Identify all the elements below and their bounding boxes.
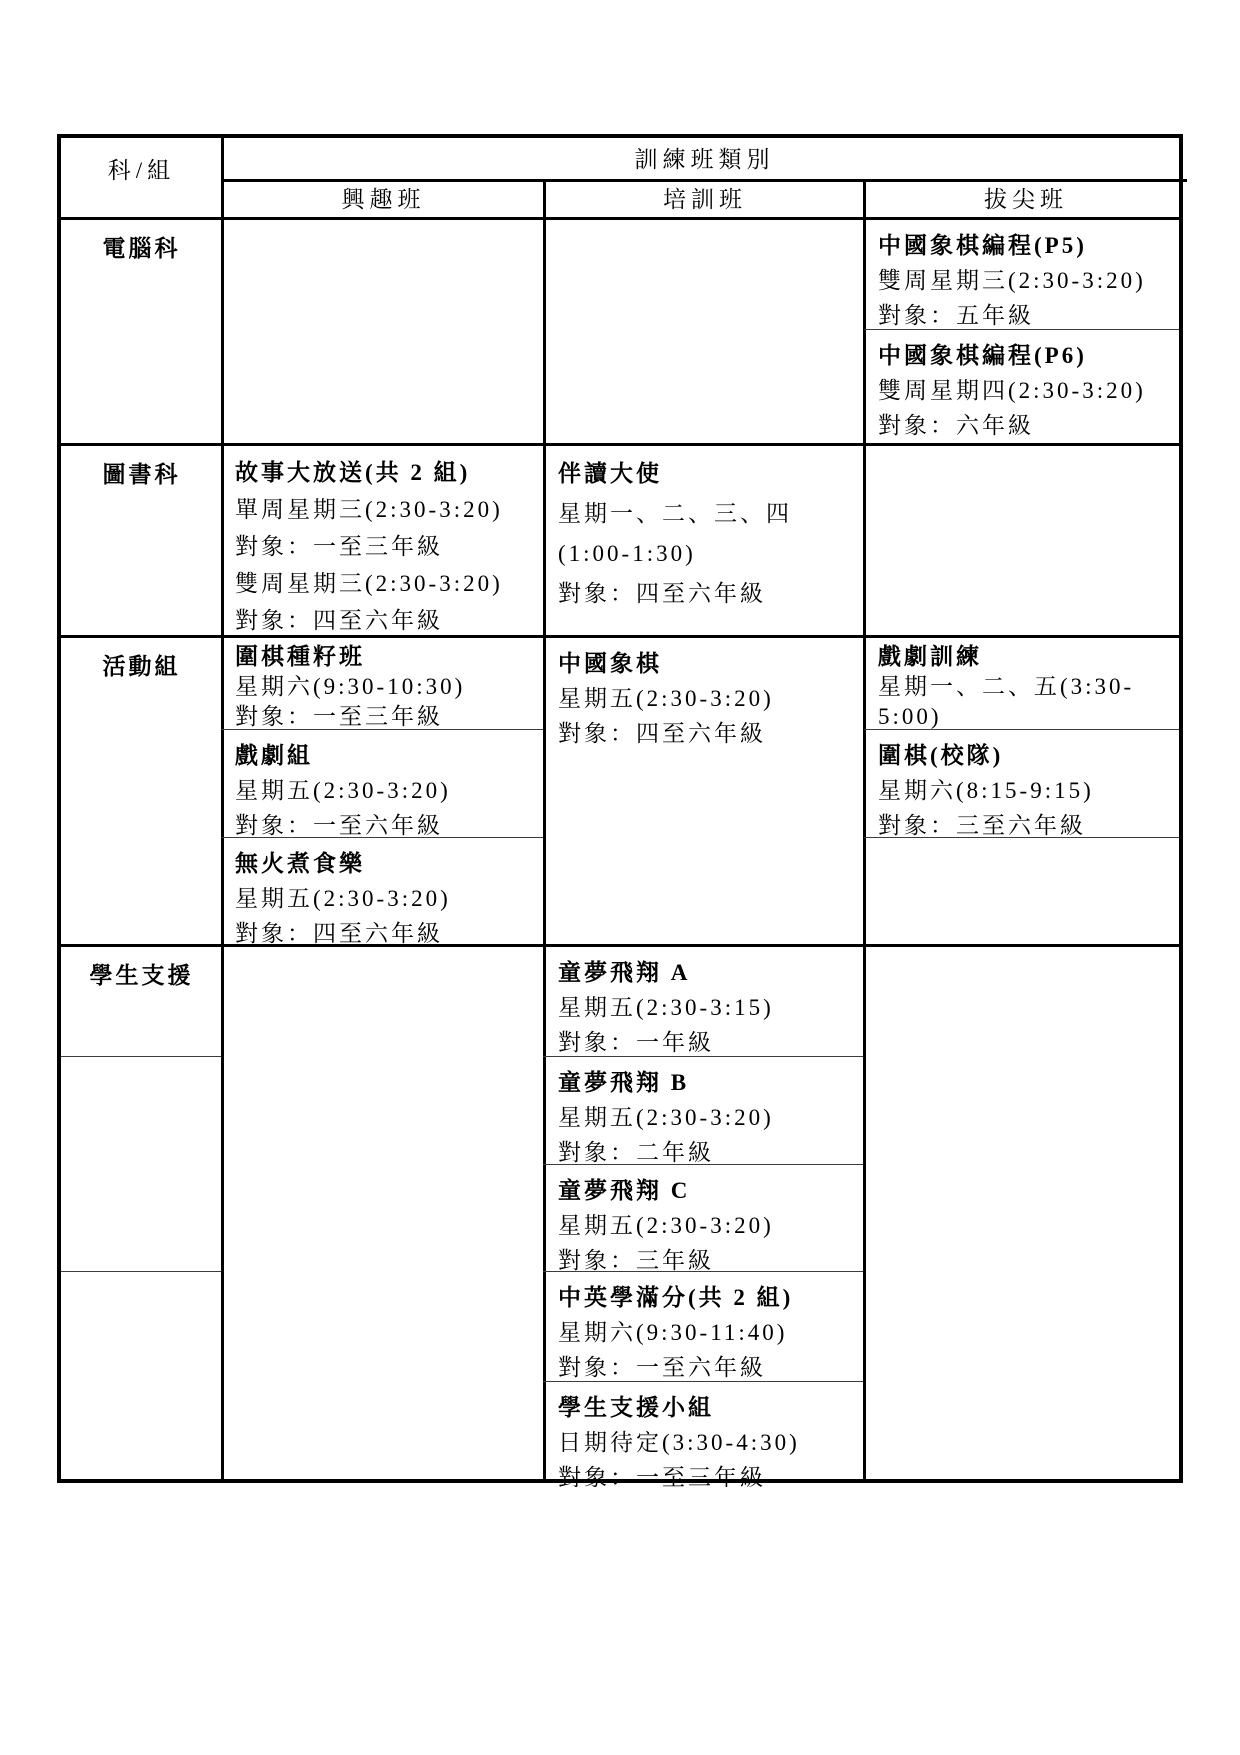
sub-divider-support-label-1 — [61, 1056, 221, 1057]
cell-computer-elite-item-1: 中國象棋編程(P5) 雙周星期三(2:30-3:20) 對象：五年級 — [865, 219, 1187, 329]
item-target: 對象：四至六年級 — [558, 574, 859, 614]
item-schedule: 雙周星期三(2:30-3:20) — [235, 565, 539, 602]
row-label-computer: 電腦科 — [61, 219, 222, 445]
item-title: 學生支援小組 — [558, 1390, 859, 1425]
item-schedule: 星期五(2:30-3:20) — [558, 1100, 859, 1135]
column-divider-3 — [863, 180, 866, 1479]
item-title: 童夢飛翔 C — [558, 1173, 859, 1208]
row-divider-library-activity — [61, 635, 1179, 638]
item-schedule: 單周星期三(2:30-3:20) — [235, 491, 539, 528]
item-schedule: 雙周星期四(2:30-3:20) — [878, 373, 1181, 408]
item-schedule: 星期五(2:30-3:20) — [558, 681, 859, 716]
item-schedule: 星期六(8:15-9:15) — [878, 773, 1181, 808]
item-title: 圍棋(校隊) — [878, 738, 1181, 773]
cell-computer-elite-item-2: 中國象棋編程(P6) 雙周星期四(2:30-3:20) 對象：六年級 — [865, 329, 1187, 445]
sub-divider-support-1 — [543, 1056, 863, 1057]
item-schedule: (1:00-1:30) — [558, 534, 859, 574]
item-target: 對象：二年級 — [558, 1135, 859, 1164]
item-target: 對象：六年級 — [878, 408, 1181, 443]
column-divider-1 — [221, 138, 224, 1479]
item-target: 對象：三至六年級 — [878, 808, 1181, 837]
column-divider-2 — [543, 180, 546, 1479]
row-label-library: 圖書科 — [61, 445, 222, 637]
training-class-table: 科/組 訓練班類別 興趣班 培訓班 拔尖班 電腦科 圖書科 活動組 學生支援 中… — [57, 134, 1183, 1483]
item-target: 對象：三年級 — [558, 1243, 859, 1271]
sub-divider-support-4 — [543, 1381, 863, 1382]
row-divider-activity-support — [61, 944, 1179, 947]
item-title: 中英學滿分(共 2 組) — [558, 1280, 859, 1315]
header-training-class: 培訓班 — [545, 180, 865, 219]
item-target: 對象：一至六年級 — [235, 808, 539, 837]
item-schedule: 星期六(9:30-10:30) — [235, 672, 539, 702]
item-target: 對象：一至三年級 — [235, 528, 539, 565]
header-row-divider — [221, 179, 1187, 182]
sub-divider-activity-elite-1 — [864, 729, 1179, 730]
header-elite-label: 拔尖班 — [984, 182, 1068, 217]
item-schedule: 星期五(2:30-3:15) — [558, 990, 859, 1025]
item-title: 圍棋種籽班 — [235, 642, 539, 672]
cell-activity-elite-item-2: 圍棋(校隊) 星期六(8:15-9:15) 對象：三至六年級 — [865, 729, 1187, 837]
sub-divider-computer-elite — [864, 329, 1179, 330]
header-interest-label: 興趣班 — [342, 182, 426, 217]
header-group-col-label: 科/組 — [108, 153, 175, 188]
item-schedule: 星期五(2:30-3:20) — [235, 773, 539, 808]
row-divider-computer-library — [61, 443, 1179, 446]
document-page: 科/組 訓練班類別 興趣班 培訓班 拔尖班 電腦科 圖書科 活動組 學生支援 中… — [0, 0, 1240, 1755]
row-label-activity: 活動組 — [61, 637, 222, 946]
item-target: 對象：四至六年級 — [558, 716, 859, 751]
sub-divider-activity-interest-2 — [221, 837, 543, 838]
header-group-col: 科/組 — [61, 138, 222, 219]
cell-library-training: 伴讀大使 星期一、二、三、四 (1:00-1:30) 對象：四至六年級 — [545, 445, 865, 637]
sub-divider-support-2 — [543, 1164, 863, 1165]
item-target: 對象：四至六年級 — [235, 916, 539, 946]
cell-support-training-item-3: 童夢飛翔 C 星期五(2:30-3:20) 對象：三年級 — [545, 1164, 865, 1271]
item-title: 戲劇訓練 — [878, 642, 1181, 672]
cell-support-training-item-4: 中英學滿分(共 2 組) 星期六(9:30-11:40) 對象：一至六年級 — [545, 1271, 865, 1381]
row-divider-header-computer — [61, 217, 1179, 220]
item-target: 對象：一年級 — [558, 1025, 859, 1056]
row-label-student-support: 學生支援 — [61, 946, 222, 1487]
item-title: 中國象棋 — [558, 646, 859, 681]
sub-divider-activity-elite-2 — [864, 837, 1179, 838]
cell-support-training-item-2: 童夢飛翔 B 星期五(2:30-3:20) 對象：二年級 — [545, 1056, 865, 1164]
item-title: 戲劇組 — [235, 738, 539, 773]
sub-divider-support-label-3 — [61, 1271, 221, 1272]
item-title: 中國象棋編程(P5) — [878, 228, 1181, 263]
item-title: 伴讀大使 — [558, 454, 859, 494]
cell-activity-interest-item-2: 戲劇組 星期五(2:30-3:20) 對象：一至六年級 — [222, 729, 545, 837]
header-category: 訓練班類別 — [222, 138, 1187, 180]
sub-divider-support-3 — [543, 1271, 863, 1272]
header-category-label: 訓練班類別 — [635, 142, 775, 177]
item-schedule: 雙周星期三(2:30-3:20) — [878, 263, 1181, 298]
item-target: 對象：一至三年級 — [235, 702, 539, 729]
item-schedule: 星期五(2:30-3:20) — [235, 881, 539, 916]
sub-divider-activity-interest-1 — [221, 729, 543, 730]
cell-support-training-item-1: 童夢飛翔 A 星期五(2:30-3:15) 對象：一年級 — [545, 946, 865, 1056]
header-interest-class: 興趣班 — [222, 180, 545, 219]
header-elite-class: 拔尖班 — [865, 180, 1187, 219]
item-title: 無火煮食樂 — [235, 846, 539, 881]
item-title: 中國象棋編程(P6) — [878, 338, 1181, 373]
item-schedule: 星期五(2:30-3:20) — [558, 1208, 859, 1243]
cell-support-training-item-5: 學生支援小組 日期待定(3:30-4:30) 對象：一至三年級 — [545, 1381, 865, 1487]
item-title: 故事大放送(共 2 組) — [235, 454, 539, 491]
cell-activity-interest-item-3: 無火煮食樂 星期五(2:30-3:20) 對象：四至六年級 — [222, 837, 545, 946]
item-target: 對象：一至六年級 — [558, 1350, 859, 1381]
item-schedule: 星期一、二、五(3:30-5:00) — [878, 672, 1181, 729]
item-target: 對象：五年級 — [878, 298, 1181, 329]
item-target: 對象：四至六年級 — [235, 602, 539, 637]
header-training-label: 培訓班 — [663, 182, 747, 217]
item-title: 童夢飛翔 B — [558, 1065, 859, 1100]
item-schedule: 日期待定(3:30-4:30) — [558, 1425, 859, 1460]
cell-activity-elite-item-1: 戲劇訓練 星期一、二、五(3:30-5:00) 對象：一至六年級 — [865, 637, 1187, 729]
item-title: 童夢飛翔 A — [558, 955, 859, 990]
item-schedule: 星期一、二、三、四 — [558, 494, 859, 534]
item-target: 對象：一至三年級 — [558, 1460, 859, 1487]
item-schedule: 星期六(9:30-11:40) — [558, 1315, 859, 1350]
cell-activity-interest-item-1: 圍棋種籽班 星期六(9:30-10:30) 對象：一至三年級 — [222, 637, 545, 729]
cell-activity-training: 中國象棋 星期五(2:30-3:20) 對象：四至六年級 — [545, 637, 865, 946]
cell-library-interest: 故事大放送(共 2 組) 單周星期三(2:30-3:20) 對象：一至三年級 雙… — [222, 445, 545, 637]
